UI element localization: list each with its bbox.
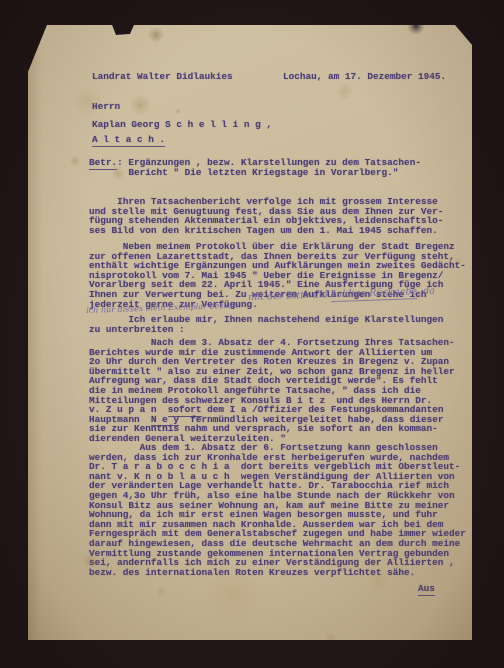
paragraph-1: Ihren Tatsachenbericht verfolge ich mit …: [89, 197, 443, 235]
subject-text: : Ergänzungen , bezw. Klarstellungen zu …: [89, 157, 421, 178]
handwriting-text-end: , da: [417, 285, 435, 297]
subject-line: Betr.: Ergänzungen , bezw. Klarstellunge…: [89, 158, 421, 177]
paragraph-3: Ich erlaube mir, Ihnen nachstehend einig…: [89, 315, 443, 334]
letter-page: Landrat Walter Didlaukies Lochau, am 17.…: [28, 21, 472, 642]
catchword: Aus: [418, 584, 435, 594]
sender-name: Landrat Walter Didlaukies: [92, 72, 233, 82]
paragraph-5: Aus dem 1. Absatz der 6. Fortsetzung kan…: [89, 443, 466, 577]
paragraph-4: Nach dem 3. Absatz der 4. Fortsetzung Ih…: [89, 338, 455, 444]
photo-background: { "page": { "background_color": "#211618…: [0, 0, 504, 668]
catchword-text: Aus: [418, 583, 435, 596]
recipient-place-underline: A l t a c h .: [92, 134, 165, 147]
recipient-name: Kaplan Georg S c h e l l i n g ,: [92, 120, 272, 130]
recipient-salutation: Herrn: [92, 102, 120, 112]
date-line: Lochau, am 17. Dezember 1945.: [283, 72, 446, 82]
recipient-place: A l t a c h .: [92, 135, 165, 145]
